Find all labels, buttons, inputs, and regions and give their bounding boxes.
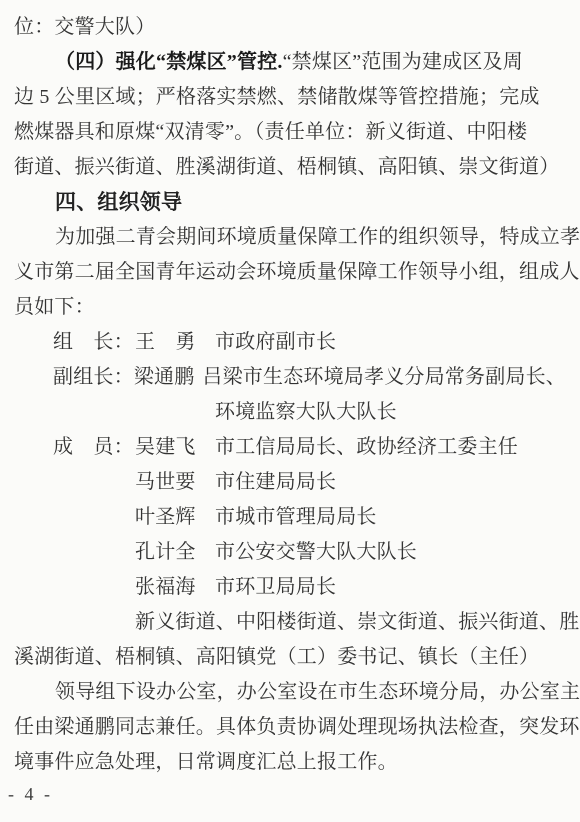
roster-title: 市环卫局局长	[215, 570, 566, 605]
section4-line1: （四）强化“禁煤区”管控.“禁煤区”范围为建成区及周	[14, 45, 566, 80]
opening-line: 位：交警大队）	[14, 10, 566, 45]
roster-name: 马世要	[135, 465, 215, 500]
roster-row-member: 孔计全 市公安交警大队大队长	[14, 535, 566, 570]
roster-streets-text: 新义街道、中阳楼街道、崇文街道、振兴街道、胜	[135, 611, 579, 633]
roster-title: 环境监察大队大队长	[215, 395, 566, 430]
roster-row-member: 马世要 市住建局局长	[14, 465, 566, 500]
intro-line3: 员如下：	[14, 290, 566, 325]
roster-name: 孔计全	[135, 535, 215, 570]
closing-line2: 任由梁通鹏同志兼任。具体负责协调处理现场执法检查，突发环	[14, 710, 566, 745]
scanned-document-page: { "content": { "opening_line": "位：交警大队）"…	[0, 0, 580, 822]
roster-title: 吕梁市生态环境局孝义分局常务副局长、	[202, 360, 566, 395]
roster-row-member: 张福海 市环卫局局长	[14, 570, 566, 605]
roster-row-leader: 组 长： 王 勇 市政府副市长	[14, 325, 566, 360]
roster-row-deputy-cont: 环境监察大队大队长	[14, 395, 566, 430]
roster-title: 市城市管理局局长	[215, 500, 566, 535]
roster-row-member: 成 员： 吴建飞 市工信局局长、政协经济工委主任	[14, 430, 566, 465]
roster-role: 副组长：	[53, 360, 134, 395]
section4-heading: （四）强化“禁煤区”管控.	[55, 51, 283, 73]
roster-role	[53, 570, 135, 605]
roster-name	[135, 395, 215, 430]
section4-line4: 街道、振兴街道、胜溪湖街道、梧桐镇、高阳镇、崇文街道）	[14, 150, 566, 185]
roster-role: 成 员：	[53, 430, 135, 465]
closing-line1: 领导组下设办公室，办公室设在市生态环境分局，办公室主	[14, 675, 566, 710]
roster-role	[53, 500, 135, 535]
roster-title: 市公安交警大队大队长	[215, 535, 566, 570]
roster-name: 王 勇	[135, 325, 215, 360]
closing-line3: 境事件应急处理，日常调度汇总上报工作。	[14, 745, 566, 780]
roster-row-deputy: 副组长： 梁通鹏 吕梁市生态环境局孝义分局常务副局长、	[14, 360, 566, 395]
roster-streets-line1: 新义街道、中阳楼街道、崇文街道、振兴街道、胜	[14, 605, 566, 640]
section4-line3: 燃煤器具和原煤“双清零”。（责任单位：新义街道、中阳楼	[14, 115, 566, 150]
roster-title: 市住建局局长	[215, 465, 566, 500]
section4-line2: 边 5 公里区域；严格落实禁燃、禁储散煤等管控措施；完成	[14, 80, 566, 115]
intro-line2: 义市第二届全国青年运动会环境质量保障工作领导小组，组成人	[14, 255, 566, 290]
roster-title: 市工信局局长、政协经济工委主任	[215, 430, 566, 465]
section-heading-organization: 四、组织领导	[14, 185, 566, 220]
roster-role	[53, 395, 135, 430]
roster-name: 张福海	[135, 570, 215, 605]
page-number: - 4 -	[8, 784, 53, 805]
roster-name: 梁通鹏	[134, 360, 203, 395]
roster-role	[53, 535, 135, 570]
roster-name: 叶圣辉	[135, 500, 215, 535]
roster-role	[53, 465, 135, 500]
roster-name: 吴建飞	[135, 430, 215, 465]
document-body: 位：交警大队） （四）强化“禁煤区”管控.“禁煤区”范围为建成区及周 边 5 公…	[0, 0, 580, 780]
roster-role: 组 长：	[53, 325, 135, 360]
roster-streets-line2: 溪湖街道、梧桐镇、高阳镇党（工）委书记、镇长（主任）	[14, 640, 566, 675]
roster-title: 市政府副市长	[215, 325, 566, 360]
roster-row-member: 叶圣辉 市城市管理局局长	[14, 500, 566, 535]
intro-line1: 为加强二青会期间环境质量保障工作的组织领导，特成立孝	[14, 220, 566, 255]
section4-line1-rest: “禁煤区”范围为建成区及周	[283, 51, 523, 73]
